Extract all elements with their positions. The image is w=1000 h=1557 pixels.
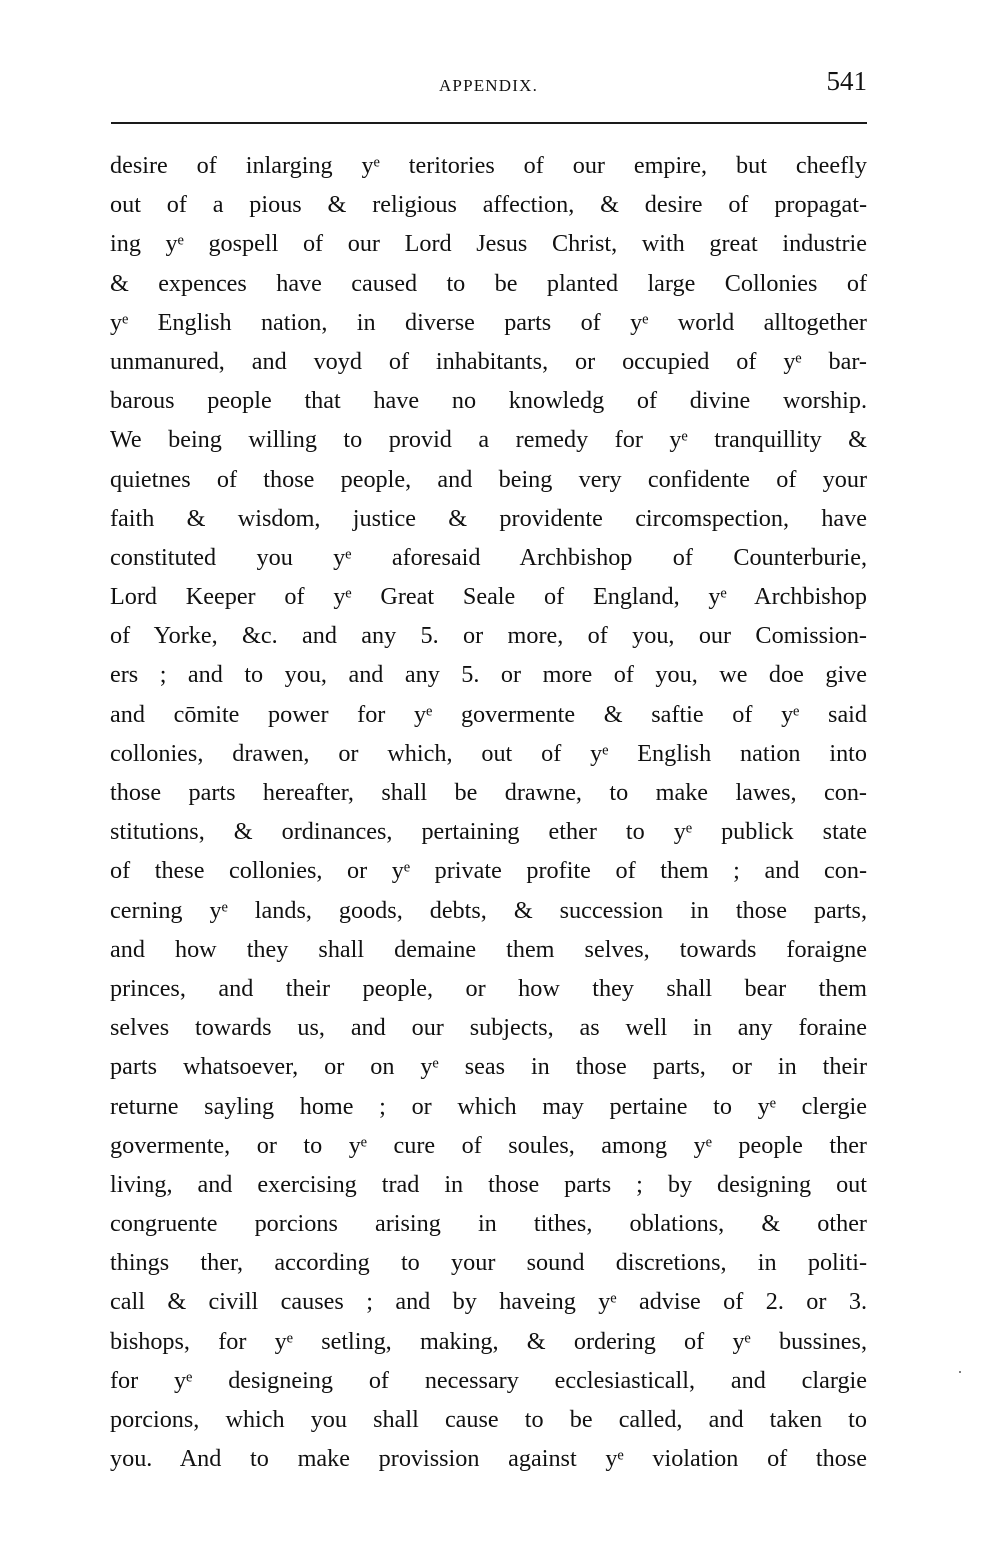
- page-number: 541: [827, 66, 868, 97]
- text-line: things ther, according to your sound dis…: [110, 1243, 867, 1282]
- text-line: faith & wisdom, justice & providente cir…: [110, 499, 867, 538]
- header-rule: [111, 122, 867, 124]
- text-line: returne sayling home ; or which may pert…: [110, 1087, 867, 1126]
- text-line: desire of inlarging yᵉ teritories of our…: [110, 146, 867, 185]
- text-line: ers ; and to you, and any 5. or more of …: [110, 655, 867, 694]
- text-line: and how they shall demaine them selves, …: [110, 930, 867, 969]
- text-line: barous people that have no knowledg of d…: [110, 381, 867, 420]
- book-page: APPENDIX. 541 desire of inlarging yᵉ ter…: [0, 0, 1000, 1557]
- text-line: bishops, for yᵉ setling, making, & order…: [110, 1322, 867, 1361]
- text-line: govermente, or to yᵉ cure of soules, amo…: [110, 1126, 867, 1165]
- text-line: congruente porcions arising in tithes, o…: [110, 1204, 867, 1243]
- text-line: & expences have caused to be planted lar…: [110, 264, 867, 303]
- text-line: princes, and their people, or how they s…: [110, 969, 867, 1008]
- text-line: selves towards us, and our subjects, as …: [110, 1008, 867, 1047]
- running-head: APPENDIX. 541: [110, 66, 867, 106]
- text-line: for yᵉ designeing of necessary ecclesias…: [110, 1361, 867, 1400]
- text-line: cerning yᵉ lands, goods, debts, & succes…: [110, 891, 867, 930]
- text-line: call & civill causes ; and by haveing yᵉ…: [110, 1282, 867, 1321]
- text-line: collonies, drawen, or which, out of yᵉ E…: [110, 734, 867, 773]
- text-line: of Yorke, &c. and any 5. or more, of you…: [110, 616, 867, 655]
- text-line: ing yᵉ gospell of our Lord Jesus Christ,…: [110, 224, 867, 263]
- text-line: those parts hereafter, shall be drawne, …: [110, 773, 867, 812]
- text-line: out of a pious & religious affection, & …: [110, 185, 867, 224]
- text-line: porcions, which you shall cause to be ca…: [110, 1400, 867, 1439]
- running-title-text: APPENDIX.: [439, 76, 538, 95]
- text-line: yᵉ English nation, in diverse parts of y…: [110, 303, 867, 342]
- print-speck: [959, 1371, 961, 1373]
- text-line: stitutions, & ordinances, pertaining eth…: [110, 812, 867, 851]
- text-line: parts whatsoever, or on yᵉ seas in those…: [110, 1047, 867, 1086]
- body-text: desire of inlarging yᵉ teritories of our…: [110, 146, 867, 1478]
- text-line: We being willing to provid a remedy for …: [110, 420, 867, 459]
- text-line: constituted you yᵉ aforesaid Archbishop …: [110, 538, 867, 577]
- text-line: unmanured, and voyd of inhabitants, or o…: [110, 342, 867, 381]
- text-line: you. And to make provission against yᵉ v…: [110, 1439, 867, 1478]
- text-line: living, and exercising trad in those par…: [110, 1165, 867, 1204]
- text-line: of these collonies, or yᵉ private profit…: [110, 851, 867, 890]
- running-title: APPENDIX.: [110, 76, 867, 96]
- text-line: quietnes of those people, and being very…: [110, 460, 867, 499]
- text-line: and cōmite power for yᵉ govermente & sa…: [110, 695, 867, 734]
- text-line: Lord Keeper of yᵉ Great Seale of England…: [110, 577, 867, 616]
